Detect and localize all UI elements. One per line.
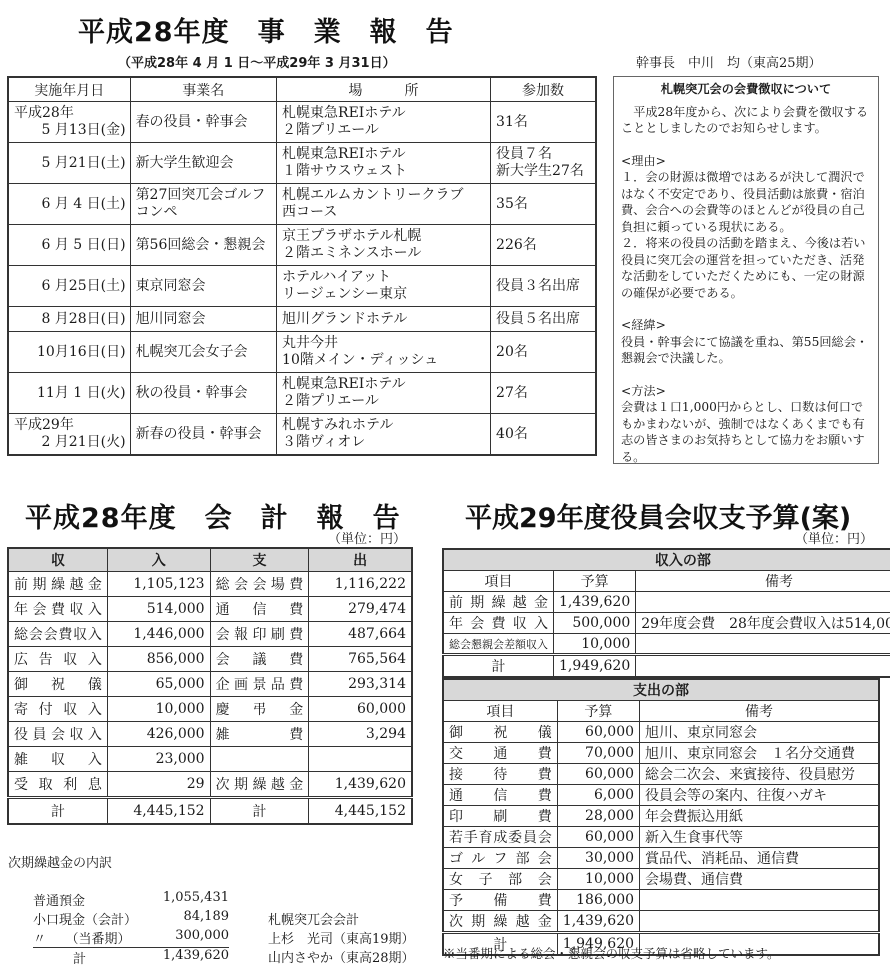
reason-heading: <理由>	[621, 153, 871, 170]
event-name: 第27回突兀会ゴルフコンペ	[130, 184, 276, 225]
expense-value: 279,474	[309, 597, 412, 622]
expense-budget-row: 予備費186,000	[443, 890, 879, 911]
budget-note	[636, 592, 890, 613]
income-label: 年会費収入	[8, 597, 107, 622]
income-value: 10,000	[107, 697, 210, 722]
event-name: 旭川同窓会	[130, 307, 276, 332]
income-budget-row: 前期繰越金1,439,620	[443, 592, 890, 613]
income-label: 寄付収入	[8, 697, 107, 722]
event-day: 6 月25日(土)	[41, 278, 125, 294]
event-attendance: 31名	[491, 102, 596, 143]
budget-note: 会場費、通信費	[640, 869, 879, 890]
business-report-row: 6 月 4 日(土)第27回突兀会ゴルフコンペ札幌エルムカントリークラブ西コース…	[8, 184, 596, 225]
venue-line: 札幌東急REIホテル	[282, 146, 485, 163]
income-label: 受取利息	[8, 772, 107, 798]
business-report-row: 平成28年5 月13日(金)春の役員・幹事会札幌東急REIホテル２階プリエール3…	[8, 102, 596, 143]
budget-item: 印刷費	[443, 806, 557, 827]
budget-amount: 6,000	[557, 785, 639, 806]
income-value: 426,000	[107, 722, 210, 747]
signer-1: 上杉 光司（東高19期）	[268, 928, 415, 947]
secretary-general: 幹事長 中川 均（東高25期）	[636, 52, 822, 71]
budget-note: 旭川、東京同窓会 １名分交通費	[640, 743, 879, 764]
budget-item: 次期繰越金	[443, 911, 557, 933]
income-budget-row: 総会懇親会差額収入10,000	[443, 634, 890, 655]
header-income-2: 入	[107, 548, 210, 572]
event-venue: ホテルハイアットリージェンシー東京	[277, 266, 491, 307]
accounting-row: 広告収入856,000会議費765,564	[8, 647, 412, 672]
budget-item: 予備費	[443, 890, 557, 911]
total-income-label: 計	[8, 798, 107, 825]
budget-amount: 30,000	[557, 848, 639, 869]
header-income-1: 収	[8, 548, 107, 572]
budget-item: 前期繰越金	[443, 592, 554, 613]
venue-line: ２階プリエール	[282, 122, 485, 139]
col-venue: 場 所	[277, 77, 491, 102]
event-venue: 札幌東急REIホテル２階プリエール	[277, 373, 491, 414]
budget-item: 女子部会	[443, 869, 557, 890]
budget-amount: 1,439,620	[554, 592, 636, 613]
income-value: 29	[107, 772, 210, 798]
venue-line: 札幌すみれホテル	[282, 417, 485, 434]
income-label: 役員会収入	[8, 722, 107, 747]
event-day: 8 月28日(日)	[41, 311, 125, 327]
event-name: 春の役員・幹事会	[130, 102, 276, 143]
expense-budget-row: 次期繰越金1,439,620	[443, 911, 879, 933]
event-name: 新春の役員・幹事会	[130, 414, 276, 456]
event-name-text: 新春の役員・幹事会	[136, 426, 262, 442]
carryover-row: 普通預金1,055,431	[33, 890, 229, 909]
event-name: 第56回総会・懇親会	[130, 225, 276, 266]
event-day: 5 月13日(金)	[41, 122, 125, 138]
event-attendance: 35名	[491, 184, 596, 225]
event-date: 5 月21日(土)	[8, 143, 130, 184]
business-report-table: 実施年月日 事業名 場 所 参加数 平成28年5 月13日(金)春の役員・幹事会…	[7, 76, 597, 456]
business-report-row: 8 月28日(日)旭川同窓会旭川グランドホテル役員５名出席	[8, 307, 596, 332]
attendance-line: 226名	[496, 237, 590, 254]
event-name-text: 第56回総会・懇親会	[136, 237, 266, 253]
venue-line: 10階メイン・ディッシュ	[282, 352, 485, 369]
budget-note: 年会費振込用紙	[640, 806, 879, 827]
expense-value: 60,000	[309, 697, 412, 722]
total-expense-label: 計	[210, 798, 309, 825]
accounting-unit: （単位：円）	[328, 528, 406, 547]
expense-value	[309, 747, 412, 772]
event-day: 6 月 5 日(日)	[41, 237, 125, 253]
venue-line: 札幌東急REIホテル	[282, 376, 485, 393]
event-attendance: 40名	[491, 414, 596, 456]
event-venue: 京王プラザホテル札幌２階エミネンスホール	[277, 225, 491, 266]
attendance-line: 役員７名	[496, 146, 590, 163]
income-total-label: 計	[443, 655, 554, 678]
budget-amount: 60,000	[557, 827, 639, 848]
attendance-line: 役員３名出席	[496, 278, 590, 295]
income-col-item: 項目	[443, 571, 554, 592]
budget-item: ゴルフ部会	[443, 848, 557, 869]
expense-value: 293,314	[309, 672, 412, 697]
expense-value: 1,116,222	[309, 572, 412, 597]
venue-line: 札幌エルムカントリークラブ	[282, 187, 485, 204]
event-venue: 旭川グランドホテル	[277, 307, 491, 332]
budget-item: 接待費	[443, 764, 557, 785]
event-name-text: 旭川同窓会	[136, 311, 206, 327]
event-date: 8 月28日(日)	[8, 307, 130, 332]
carryover-value: 1,055,431	[163, 890, 229, 909]
budget-note: 役員会等の案内、往復ハガキ	[640, 785, 879, 806]
business-report-period: （平成28年 4 月 1 日〜平成29年 3 月31日）	[118, 52, 396, 71]
budget-amount: 60,000	[557, 722, 639, 743]
income-value: 1,446,000	[107, 622, 210, 647]
event-name-text: 新大学生歓迎会	[136, 155, 234, 171]
budget-item: 御祝儀	[443, 722, 557, 743]
income-value: 856,000	[107, 647, 210, 672]
expense-label: 雑費	[210, 722, 309, 747]
event-day: 2 月21日(火)	[41, 434, 125, 450]
event-date: 6 月 5 日(日)	[8, 225, 130, 266]
income-label: 広告収入	[8, 647, 107, 672]
accounting-row: 寄付収入10,000慶弔金60,000	[8, 697, 412, 722]
event-year: 平成28年	[14, 105, 126, 122]
event-date: 6 月25日(土)	[8, 266, 130, 307]
income-col-amount: 予算	[554, 571, 636, 592]
event-name: 秋の役員・幹事会	[130, 373, 276, 414]
business-report-title: 平成28年度 事 業 報 告	[78, 10, 454, 49]
carryover-row: 小口現金（会計）84,189	[33, 909, 229, 928]
income-total-amount: 1,949,620	[554, 655, 636, 678]
venue-line: 京王プラザホテル札幌	[282, 228, 485, 245]
event-venue: 札幌東急REIホテル２階プリエール	[277, 102, 491, 143]
accounting-row: 受取利息29次期繰越金1,439,620	[8, 772, 412, 798]
expense-label: 次期繰越金	[210, 772, 309, 798]
budget-income-table: 収入の部 項目 予算 備考 前期繰越金1,439,620年会費収入500,000…	[442, 548, 890, 678]
budget-note	[640, 911, 879, 933]
budget-item: 若手育成委員会	[443, 827, 557, 848]
budget-note: 総会二次会、来賓接待、役員慰労	[640, 764, 879, 785]
venue-line: 丸井今井	[282, 335, 485, 352]
budget-amount: 70,000	[557, 743, 639, 764]
carryover-value: 84,189	[184, 909, 230, 928]
income-label: 御祝儀	[8, 672, 107, 697]
budget-note: 新入生食事代等	[640, 827, 879, 848]
accounting-table: 収 入 支 出 前期繰越金1,105,123総会会場費1,116,222年会費収…	[7, 547, 413, 825]
expense-label: 会報印刷費	[210, 622, 309, 647]
event-name-text: 秋の役員・幹事会	[136, 385, 248, 401]
expense-budget-row: 女子部会10,000会場費、通信費	[443, 869, 879, 890]
fee-notice-title: 札幌突兀会の会費徴収について	[621, 81, 871, 98]
venue-line: ホテルハイアット	[282, 269, 485, 286]
attendance-line: 35名	[496, 196, 590, 213]
venue-line: リージェンシー東京	[282, 286, 485, 303]
accounting-row: 総会会費収入1,446,000会報印刷費487,664	[8, 622, 412, 647]
carryover-list: 普通預金1,055,431小口現金（会計）84,189〃 （当番期）300,00…	[33, 890, 229, 967]
budget-amount: 60,000	[557, 764, 639, 785]
budget-unit: （単位：円）	[795, 528, 873, 547]
business-report-row: 5 月21日(土)新大学生歓迎会札幌東急REIホテル１階サウスウェスト役員７名新…	[8, 143, 596, 184]
col-attendance: 参加数	[491, 77, 596, 102]
budget-amount: 186,000	[557, 890, 639, 911]
attendance-line: 40名	[496, 426, 590, 443]
method-heading: <方法>	[621, 383, 871, 400]
event-name: 東京同窓会	[130, 266, 276, 307]
event-date: 6 月 4 日(土)	[8, 184, 130, 225]
background-text: 役員・幹事会にて協議を重ね、第55回総会・懇親会で決議した。	[621, 334, 871, 367]
budget-note	[636, 634, 890, 655]
accounting-row: 雑収入23,000	[8, 747, 412, 772]
event-venue: 札幌東急REIホテル１階サウスウェスト	[277, 143, 491, 184]
accounting-row: 役員会収入426,000雑費3,294	[8, 722, 412, 747]
expense-label: 会議費	[210, 647, 309, 672]
income-label: 雑収入	[8, 747, 107, 772]
event-venue: 札幌エルムカントリークラブ西コース	[277, 184, 491, 225]
business-report-row: 11月 1 日(火)秋の役員・幹事会札幌東急REIホテル２階プリエール27名	[8, 373, 596, 414]
expense-budget-row: 御祝儀60,000旭川、東京同窓会	[443, 722, 879, 743]
budget-item: 交通費	[443, 743, 557, 764]
event-name-text: 札幌突兀会女子会	[136, 344, 248, 360]
business-report-row: 6 月 5 日(日)第56回総会・懇親会京王プラザホテル札幌２階エミネンスホール…	[8, 225, 596, 266]
budget-note: 旭川、東京同窓会	[640, 722, 879, 743]
budget-amount: 10,000	[554, 634, 636, 655]
expense-budget-row: ゴルフ部会30,000賞品代、消耗品、通信費	[443, 848, 879, 869]
event-name: 新大学生歓迎会	[130, 143, 276, 184]
event-attendance: 27名	[491, 373, 596, 414]
event-day: 5 月21日(土)	[41, 155, 125, 171]
venue-line: 札幌東急REIホテル	[282, 105, 485, 122]
signer-2: 山内さやか（東高28期）	[268, 947, 415, 966]
reason-1: １．会の財源は微増ではあるが決して潤沢ではなく不安定であり、役員活動は旅費・宿泊…	[621, 169, 871, 235]
expense-label: 企画景品費	[210, 672, 309, 697]
expense-budget-row: 若手育成委員会60,000新入生食事代等	[443, 827, 879, 848]
income-value: 65,000	[107, 672, 210, 697]
income-total-row: 計 1,949,620	[443, 655, 890, 678]
carryover-label: 普通預金	[33, 890, 85, 909]
budget-amount: 1,439,620	[557, 911, 639, 933]
expense-label: 慶弔金	[210, 697, 309, 722]
expense-label: 総会会場費	[210, 572, 309, 597]
attendance-line: 20名	[496, 344, 590, 361]
income-label: 総会会費収入	[8, 622, 107, 647]
event-year: 平成29年	[14, 417, 126, 434]
col-date: 実施年月日	[8, 77, 130, 102]
expense-col-note: 備考	[640, 701, 879, 722]
accounting-row: 前期繰越金1,105,123総会会場費1,116,222	[8, 572, 412, 597]
event-attendance: 役員７名新大学生27名	[491, 143, 596, 184]
total-income-value: 4,445,152	[107, 798, 210, 825]
event-name: 札幌突兀会女子会	[130, 332, 276, 373]
expense-label	[210, 747, 309, 772]
event-date: 10月16日(日)	[8, 332, 130, 373]
event-day: 11月 1 日(火)	[37, 385, 126, 401]
budget-note: 賞品代、消耗品、通信費	[640, 848, 879, 869]
budget-footnote: ※当番期による総会・懇親会の収支予算は省略しています。	[443, 944, 780, 962]
expense-value: 3,294	[309, 722, 412, 747]
budget-note	[640, 890, 879, 911]
accounting-row: 御祝儀65,000企画景品費293,314	[8, 672, 412, 697]
venue-line: ２階エミネンスホール	[282, 245, 485, 262]
budget-expense-table: 支出の部 項目 予算 備考 御祝儀60,000旭川、東京同窓会交通費70,000…	[442, 678, 880, 956]
event-day: 10月16日(日)	[37, 344, 126, 360]
attendance-line: 役員５名出席	[496, 311, 590, 328]
fee-notice-intro: 平成28年度から、次により会費を徴収することとしましたのでお知らせします。	[621, 104, 871, 137]
reason-2: ２．将来の役員の活動を踏まえ、今後は若い役員に突兀会の運営を担っていただき、活発…	[621, 235, 871, 301]
event-day: 6 月 4 日(土)	[41, 196, 125, 212]
venue-line: １階サウスウェスト	[282, 163, 485, 180]
event-attendance: 226名	[491, 225, 596, 266]
expense-budget-row: 接待費60,000総会二次会、来賓接待、役員慰労	[443, 764, 879, 785]
business-report-row: 6 月25日(土)東京同窓会ホテルハイアットリージェンシー東京役員３名出席	[8, 266, 596, 307]
venue-line: ２階プリエール	[282, 393, 485, 410]
event-attendance: 20名	[491, 332, 596, 373]
accounting-row: 年会費収入514,000通信費279,474	[8, 597, 412, 622]
background-heading: <経緯>	[621, 317, 871, 334]
venue-line: 西コース	[282, 204, 485, 221]
carryover-row: 〃 （当番期）300,000	[33, 928, 229, 947]
event-date: 11月 1 日(火)	[8, 373, 130, 414]
expense-budget-row: 通信費6,000役員会等の案内、往復ハガキ	[443, 785, 879, 806]
expense-col-amount: 予算	[557, 701, 639, 722]
business-report-row: 10月16日(日)札幌突兀会女子会丸井今井10階メイン・ディッシュ20名	[8, 332, 596, 373]
signers-title: 札幌突兀会会計	[268, 909, 359, 928]
event-date: 平成29年2 月21日(火)	[8, 414, 130, 456]
budget-item: 年会費収入	[443, 613, 554, 634]
carryover-total-row: 計 1,439,620	[33, 947, 229, 967]
expense-section-title: 支出の部	[443, 679, 879, 701]
expense-value: 765,564	[309, 647, 412, 672]
income-budget-row: 年会費収入500,00029年度会費 28年度会費収入は514,000円	[443, 613, 890, 634]
venue-line: 旭川グランドホテル	[282, 311, 485, 328]
method-text: 会費は１口1,000円からとし、口数は何口でもかまわないが、強制ではなくあくまで…	[621, 399, 871, 465]
income-label: 前期繰越金	[8, 572, 107, 597]
expense-col-item: 項目	[443, 701, 557, 722]
fee-notice-box: 札幌突兀会の会費徴収について 平成28年度から、次により会費を徴収することとしま…	[613, 76, 879, 464]
income-value: 1,105,123	[107, 572, 210, 597]
carryover-total-label: 計	[33, 948, 86, 967]
income-section-title: 収入の部	[443, 549, 890, 571]
attendance-line: 27名	[496, 385, 590, 402]
header-expense-1: 支	[210, 548, 309, 572]
budget-amount: 500,000	[554, 613, 636, 634]
budget-amount: 10,000	[557, 869, 639, 890]
col-event: 事業名	[130, 77, 276, 102]
total-expense-value: 4,445,152	[309, 798, 412, 825]
expense-budget-row: 印刷費28,000年会費振込用紙	[443, 806, 879, 827]
expense-value: 487,664	[309, 622, 412, 647]
event-attendance: 役員３名出席	[491, 266, 596, 307]
event-name-text: 第27回突兀会ゴルフコンペ	[136, 187, 266, 220]
income-value: 23,000	[107, 747, 210, 772]
carryover-label: 〃 （当番期）	[33, 928, 131, 947]
carryover-title: 次期繰越金の内訳	[8, 852, 112, 871]
budget-item: 総会懇親会差額収入	[443, 634, 554, 655]
event-venue: 丸井今井10階メイン・ディッシュ	[277, 332, 491, 373]
budget-note: 29年度会費 28年度会費収入は514,000円	[636, 613, 890, 634]
event-venue: 札幌すみれホテル３階ヴィオレ	[277, 414, 491, 456]
event-attendance: 役員５名出席	[491, 307, 596, 332]
event-name-text: 春の役員・幹事会	[136, 114, 248, 130]
header-expense-2: 出	[309, 548, 412, 572]
attendance-line: 新大学生27名	[496, 163, 590, 180]
business-report-row: 平成29年2 月21日(火)新春の役員・幹事会札幌すみれホテル３階ヴィオレ40名	[8, 414, 596, 456]
expense-label: 通信費	[210, 597, 309, 622]
event-name-text: 東京同窓会	[136, 278, 206, 294]
event-date: 平成28年5 月13日(金)	[8, 102, 130, 143]
budget-item: 通信費	[443, 785, 557, 806]
venue-line: ３階ヴィオレ	[282, 434, 485, 451]
income-col-note: 備考	[636, 571, 890, 592]
budget-amount: 28,000	[557, 806, 639, 827]
attendance-line: 31名	[496, 114, 590, 131]
expense-budget-row: 交通費70,000旭川、東京同窓会 １名分交通費	[443, 743, 879, 764]
accounting-total-row: 計 4,445,152 計 4,445,152	[8, 798, 412, 825]
income-value: 514,000	[107, 597, 210, 622]
carryover-value: 300,000	[175, 928, 229, 947]
budget-title: 平成29年度役員会収支予算(案)	[465, 496, 851, 535]
expense-value: 1,439,620	[309, 772, 412, 798]
carryover-total-value: 1,439,620	[163, 948, 229, 967]
carryover-label: 小口現金（会計）	[33, 909, 137, 928]
